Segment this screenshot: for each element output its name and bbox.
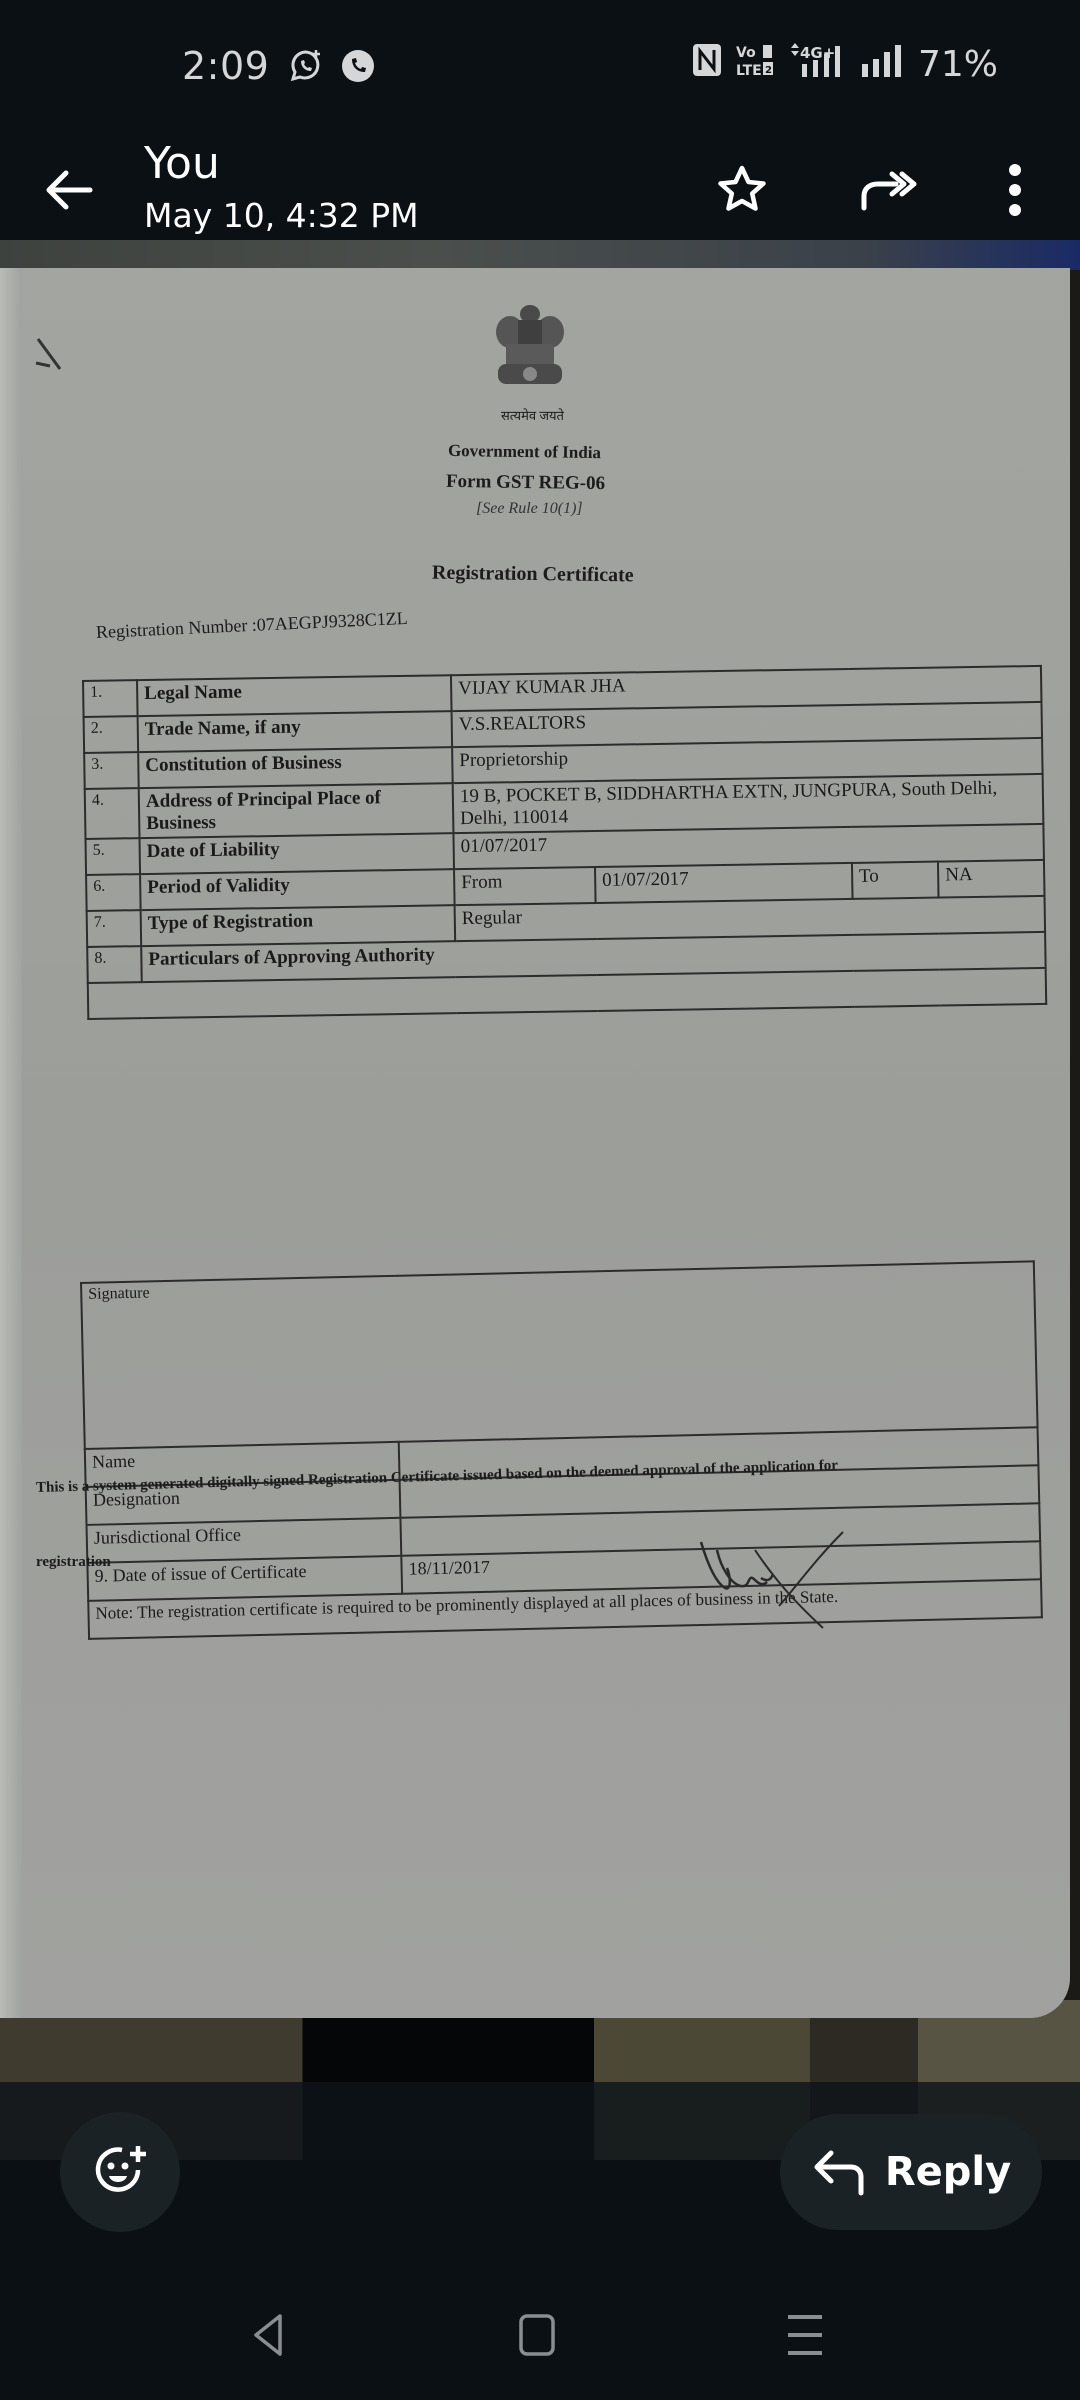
status-bar: 2:09 VoLTE2 4G+ 71% (0, 0, 1080, 130)
svg-text:4G+: 4G+ (800, 44, 835, 62)
reply-label: Reply (885, 2149, 1011, 2195)
rule-reference: [See Rule 10(1)] (476, 500, 583, 518)
form-name: Form GST REG-06 (446, 471, 605, 495)
status-time: 2:09 (182, 44, 269, 88)
nav-home-button[interactable] (512, 2310, 572, 2360)
message-timestamp: May 10, 4:32 PM (144, 196, 419, 235)
reply-button[interactable]: Reply (780, 2114, 1042, 2230)
more-vertical-icon (985, 160, 1045, 220)
more-options-button[interactable] (985, 160, 1045, 220)
photo-viewer[interactable]: सत्यमेव जयते Government of India Form GS… (0, 240, 1080, 2160)
photo-background (0, 240, 1080, 270)
star-icon (712, 160, 772, 220)
svg-text:LTE: LTE (736, 63, 762, 77)
square-home-icon (512, 2310, 562, 2360)
forward-button[interactable] (856, 160, 916, 220)
svg-text:2: 2 (765, 65, 772, 76)
authority-table: Signature Name Designation Jurisdictiona… (80, 1260, 1043, 1640)
handwritten-signature (695, 1530, 845, 1630)
triangle-back-icon (244, 2310, 294, 2360)
svg-text:Vo: Vo (736, 45, 756, 61)
national-emblem-icon (492, 302, 568, 412)
recents-icon (780, 2310, 830, 2360)
volte-lte2-icon: VoLTE2 (736, 43, 774, 86)
add-reaction-button[interactable] (60, 2112, 180, 2232)
pen-mark (34, 335, 68, 375)
forward-all-icon (856, 160, 920, 220)
back-button[interactable] (40, 160, 100, 220)
footer-statement-cont: registration (36, 1554, 111, 1571)
app-bar: You May 10, 4:32 PM (0, 130, 1080, 240)
status-right: VoLTE2 4G+ 71% (692, 42, 998, 87)
viber-icon (340, 48, 376, 89)
certificate-table: 1.Legal NameVIJAY KUMAR JHA 2.Trade Name… (82, 665, 1047, 1020)
certificate-paper (10, 268, 1070, 2018)
nav-recents-button[interactable] (780, 2310, 840, 2360)
certificate-heading: Registration Certificate (432, 562, 634, 588)
battery-percentage: 71% (918, 44, 998, 85)
reply-arrow-icon (811, 2147, 867, 2197)
nav-back-button[interactable] (244, 2310, 304, 2360)
sender-name: You (144, 138, 220, 189)
add-reaction-icon (92, 2142, 150, 2200)
motto: सत्यमेव जयते (501, 406, 564, 424)
arrow-left-icon (40, 160, 100, 220)
signature-cell: Signature (81, 1261, 1038, 1449)
govt-heading: Government of India (448, 441, 601, 463)
star-button[interactable] (712, 160, 772, 220)
system-nav-bar (0, 2260, 1080, 2400)
nfc-icon (692, 43, 722, 86)
signal-icon (860, 42, 904, 87)
whatsapp-business-icon (288, 48, 324, 89)
paper-edge (0, 268, 22, 2018)
4g-plus-signal-icon: 4G+ (788, 42, 846, 87)
